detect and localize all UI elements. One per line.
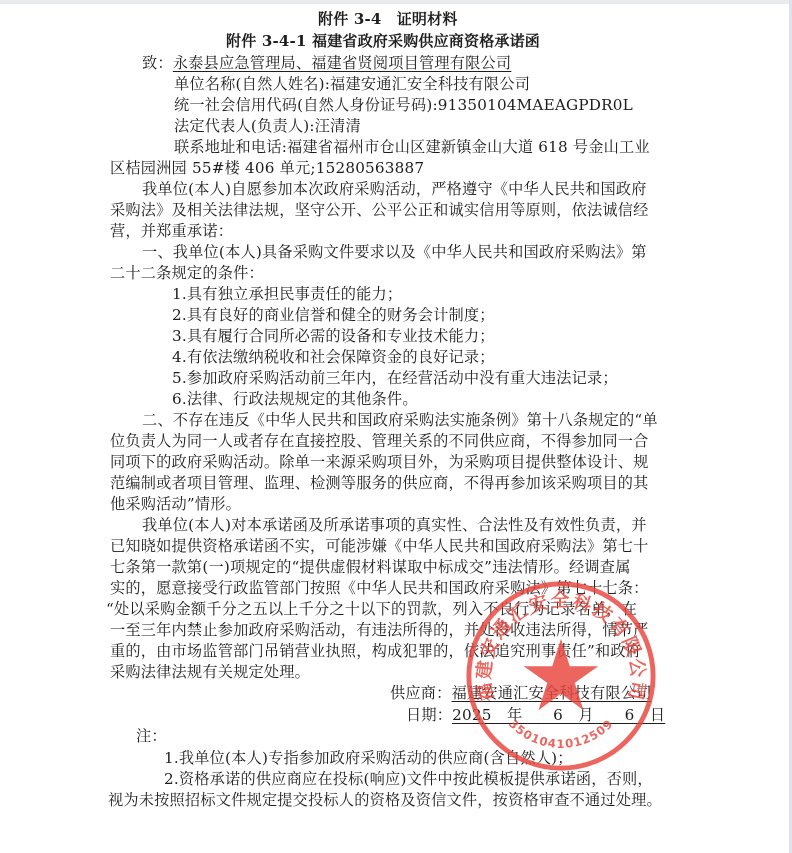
date-signature: 日期：2025 年 6 月 6 日 [406, 705, 665, 725]
heading-attachment: 附件 3-4 证明材料 [318, 9, 458, 29]
date-label: 日期： [406, 706, 452, 724]
condition-item: 5.参加政府采购活动前三年内，在经营活动中没有重大违法记录； [172, 368, 618, 388]
responsibility-line: 一至三年内禁止参加政府采购活动，有违法所得的，并处没收违法所得，情节严 [110, 620, 649, 640]
date-value: 2025 年 6 月 6 日 [452, 706, 665, 724]
responsibility-line: 已知晓如提供资格承诺函不实，可能涉嫌《中华人民共和国政府采购法》第七十 [110, 536, 649, 556]
responsibility-line: 我单位(本人)对本承诺函及所承诺事项的真实性、合法性及有效性负责，并 [142, 515, 647, 535]
addressee-prefix: 致： [142, 54, 173, 72]
supplier-label: 供应商： [390, 684, 452, 702]
clause-2-line: 二、不存在违反《中华人民共和国政府采购法实施条例》第十八条规定的“单 [142, 410, 658, 430]
responsibility-line: 七条第一款第(一)项规定的“提供虚假材料谋取中标成交”违法情形。经调查属 [110, 557, 631, 577]
clause-2-line: 他采购活动”情形。 [110, 494, 241, 514]
intro-line: 采购法》及相关法律法规，坚守公开、公平公正和诚实信用等原则，依法诚信经 [110, 200, 649, 220]
responsibility-line: 实的，愿意接受行政监管部门按照《中华人民共和国政府采购法》第七十七条： [110, 578, 649, 598]
clause-2-line: 同项下的政府采购活动。除单一来源采购项目外，为采购项目提供整体设计、规 [110, 452, 649, 472]
field-address: 联系地址和电话:福建省福州市仓山区建新镇金山大道 618 号金山工业 [174, 137, 650, 157]
note-item: 1.我单位(本人)专指参加政府采购活动的供应商(含自然人)； [164, 748, 573, 768]
intro-line: 营，并郑重承诺： [110, 221, 233, 241]
responsibility-line: “处以采购金额千分之五以上千分之十以下的罚款，列入不良行为记录名单，在 [106, 599, 637, 619]
clause-2-line: 范编制或者项目管理、监理、检测等服务的供应商，不得再参加该采购项目的其 [110, 473, 649, 493]
supplier-signature: 供应商：福建安通汇安全科技有限公司 [390, 683, 652, 703]
field-credit-code: 统一社会信用代码(自然人身份证号码):91350104MAEAGPDR0L [174, 95, 633, 115]
condition-item: 6.法律、行政法规规定的其他条件。 [172, 389, 418, 409]
clause-1-line: 一、我单位(本人)具备采购文件要求以及《中华人民共和国政府采购法》第 [142, 242, 647, 262]
clause-1-line: 二十二条规定的条件： [110, 263, 264, 283]
responsibility-line: 重的，由市场监管部门吊销营业执照，构成犯罪的，依法追究刑事责任”和政府 [110, 641, 641, 661]
condition-item: 1.具有独立承担民事责任的能力； [172, 284, 402, 304]
supplier-value: 福建安通汇安全科技有限公司 [452, 684, 652, 702]
heading-commitment-letter: 附件 3-4-1 福建省政府采购供应商资格承诺函 [226, 31, 540, 51]
field-address-cont: 区桔园洲园 55#楼 406 单元;15280563887 [110, 158, 424, 178]
intro-line: 我单位(本人)自愿参加本次政府采购活动，严格遵守《中华人民共和国政府 [142, 179, 647, 199]
document-page: 附件 3-4 证明材料 附件 3-4-1 福建省政府采购供应商资格承诺函 致：永… [0, 0, 792, 853]
condition-item: 3.具有履行合同所必需的设备和专业技术能力； [172, 326, 495, 346]
addressee-line: 致：永泰县应急管理局、福建省贤阅项目管理有限公司 [142, 53, 511, 73]
clause-2-line: 位负责人为同一人或者存在直接控股、管理关系的不同供应商，不得参加同一合 [110, 431, 649, 451]
field-unit-name: 单位名称(自然人姓名):福建安通汇安全科技有限公司 [174, 74, 530, 94]
note-item: 视为未按照招标文件规定提交投标人的资格及资信文件，按资格审查不通过处理。 [108, 790, 662, 810]
addressee-value: 永泰县应急管理局、福建省贤阅项目管理有限公司 [173, 54, 512, 72]
condition-item: 2.具有良好的商业信誉和健全的财务会计制度； [172, 305, 495, 325]
field-legal-rep: 法定代表人(负责人):汪清清 [174, 116, 361, 136]
notes-label: 注： [136, 726, 167, 746]
condition-item: 4.有依法缴纳税收和社会保障资金的良好记录； [172, 347, 495, 367]
note-item: 2.资格承诺的供应商应在投标(响应)文件中按此模板提供承诺函，否则， [164, 769, 653, 789]
responsibility-line: 采购法律法规有关规定处理。 [110, 662, 310, 682]
